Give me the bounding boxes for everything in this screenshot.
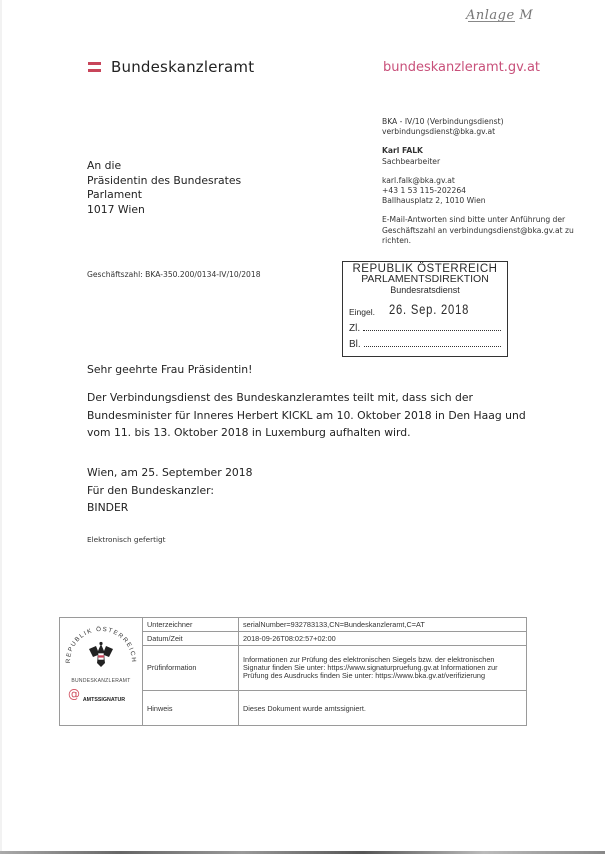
on-behalf: Für den Bundeskanzler:	[87, 482, 253, 500]
sig-value: Dieses Dokument wurde amtssigniert.	[239, 691, 527, 726]
stamp-received-date: 26. Sep. 2018	[389, 301, 469, 317]
stamp-bl-row: Bl.	[349, 339, 501, 350]
sig-key: Datum/Zeit	[143, 632, 239, 646]
officer-email[interactable]: karl.falk@bka.gv.at	[382, 176, 587, 186]
officer-name: Karl FALK	[382, 146, 423, 155]
sig-value: Informationen zur Prüfung des elektronis…	[239, 646, 527, 691]
letter-body: Der Verbindungsdienst des Bundeskanzlera…	[87, 389, 532, 442]
recipient-address: An die Präsidentin des Bundesrates Parla…	[87, 159, 241, 217]
officer-phone: +43 1 53 115-202264	[382, 186, 587, 196]
stamp-zl-row: Zl.	[349, 323, 501, 334]
recipient-line: An die	[87, 159, 241, 174]
seal-agency: BUNDESKANZLERAMT	[60, 678, 142, 684]
electronic-note: Elektronisch gefertigt	[87, 535, 166, 544]
file-number: Geschäftszahl: BKA-350.200/0134-IV/10/20…	[87, 270, 261, 279]
sig-key: Hinweis	[143, 691, 239, 726]
received-stamp: REPUBLIK ÖSTERREICH PARLAMENTSDIREKTION …	[342, 261, 508, 357]
stamp-line-2: PARLAMENTSDIREKTION	[343, 274, 507, 285]
official-seal: REPUBLIK ÖSTERREICH BUNDESKANZLERAMT @ A…	[60, 618, 142, 716]
scan-left-edge	[0, 0, 2, 854]
org-name: Bundeskanzleramt	[111, 58, 254, 76]
sender-block: BKA - IV/10 (Verbindungsdienst) verbindu…	[382, 117, 587, 246]
seal-cell: REPUBLIK ÖSTERREICH BUNDESKANZLERAMT @ A…	[60, 618, 143, 726]
sig-key: Prüfinformation	[143, 646, 239, 691]
stamp-received-label: Eingel.	[349, 307, 375, 317]
stamp-line-3: Bundesratsdienst	[343, 285, 507, 295]
amtssignatur-label: AMTSSIGNATUR	[60, 697, 142, 703]
sig-key: Unterzeichner	[143, 618, 239, 632]
signature-table: REPUBLIK ÖSTERREICH BUNDESKANZLERAMT @ A…	[59, 617, 527, 726]
austrian-flag-icon	[88, 62, 101, 72]
sender-department: BKA - IV/10 (Verbindungsdienst)	[382, 117, 587, 127]
stamp-zl-label: Zl.	[349, 323, 360, 334]
signatory: BINDER	[87, 499, 253, 517]
recipient-line: Präsidentin des Bundesrates	[87, 174, 241, 189]
website-link[interactable]: bundeskanzleramt.gv.at	[383, 60, 540, 75]
bka-logo: Bundeskanzleramt	[88, 58, 254, 76]
officer-role: Sachbearbeiter	[382, 157, 587, 167]
eagle-crest-icon: REPUBLIK ÖSTERREICH	[60, 618, 142, 678]
sender-address: Ballhausplatz 2, 1010 Wien	[382, 196, 587, 206]
handwritten-annotation: Anlage M	[466, 8, 533, 23]
recipient-line: 1017 Wien	[87, 203, 241, 218]
place-date: Wien, am 25. September 2018	[87, 464, 253, 482]
sender-department-email[interactable]: verbindungsdienst@bka.gv.at	[382, 127, 587, 137]
reply-note: E-Mail-Antworten sind bitte unter Anführ…	[382, 215, 587, 246]
sig-value: 2018-09-26T08:02:57+02:00	[239, 632, 527, 646]
sig-value: serialNumber=932783133,CN=Bundeskanzlera…	[239, 618, 527, 632]
recipient-line: Parlament	[87, 188, 241, 203]
stamp-bl-label: Bl.	[349, 339, 361, 350]
closing-block: Wien, am 25. September 2018 Für den Bund…	[87, 464, 253, 517]
salutation: Sehr geehrte Frau Präsidentin!	[87, 363, 252, 376]
